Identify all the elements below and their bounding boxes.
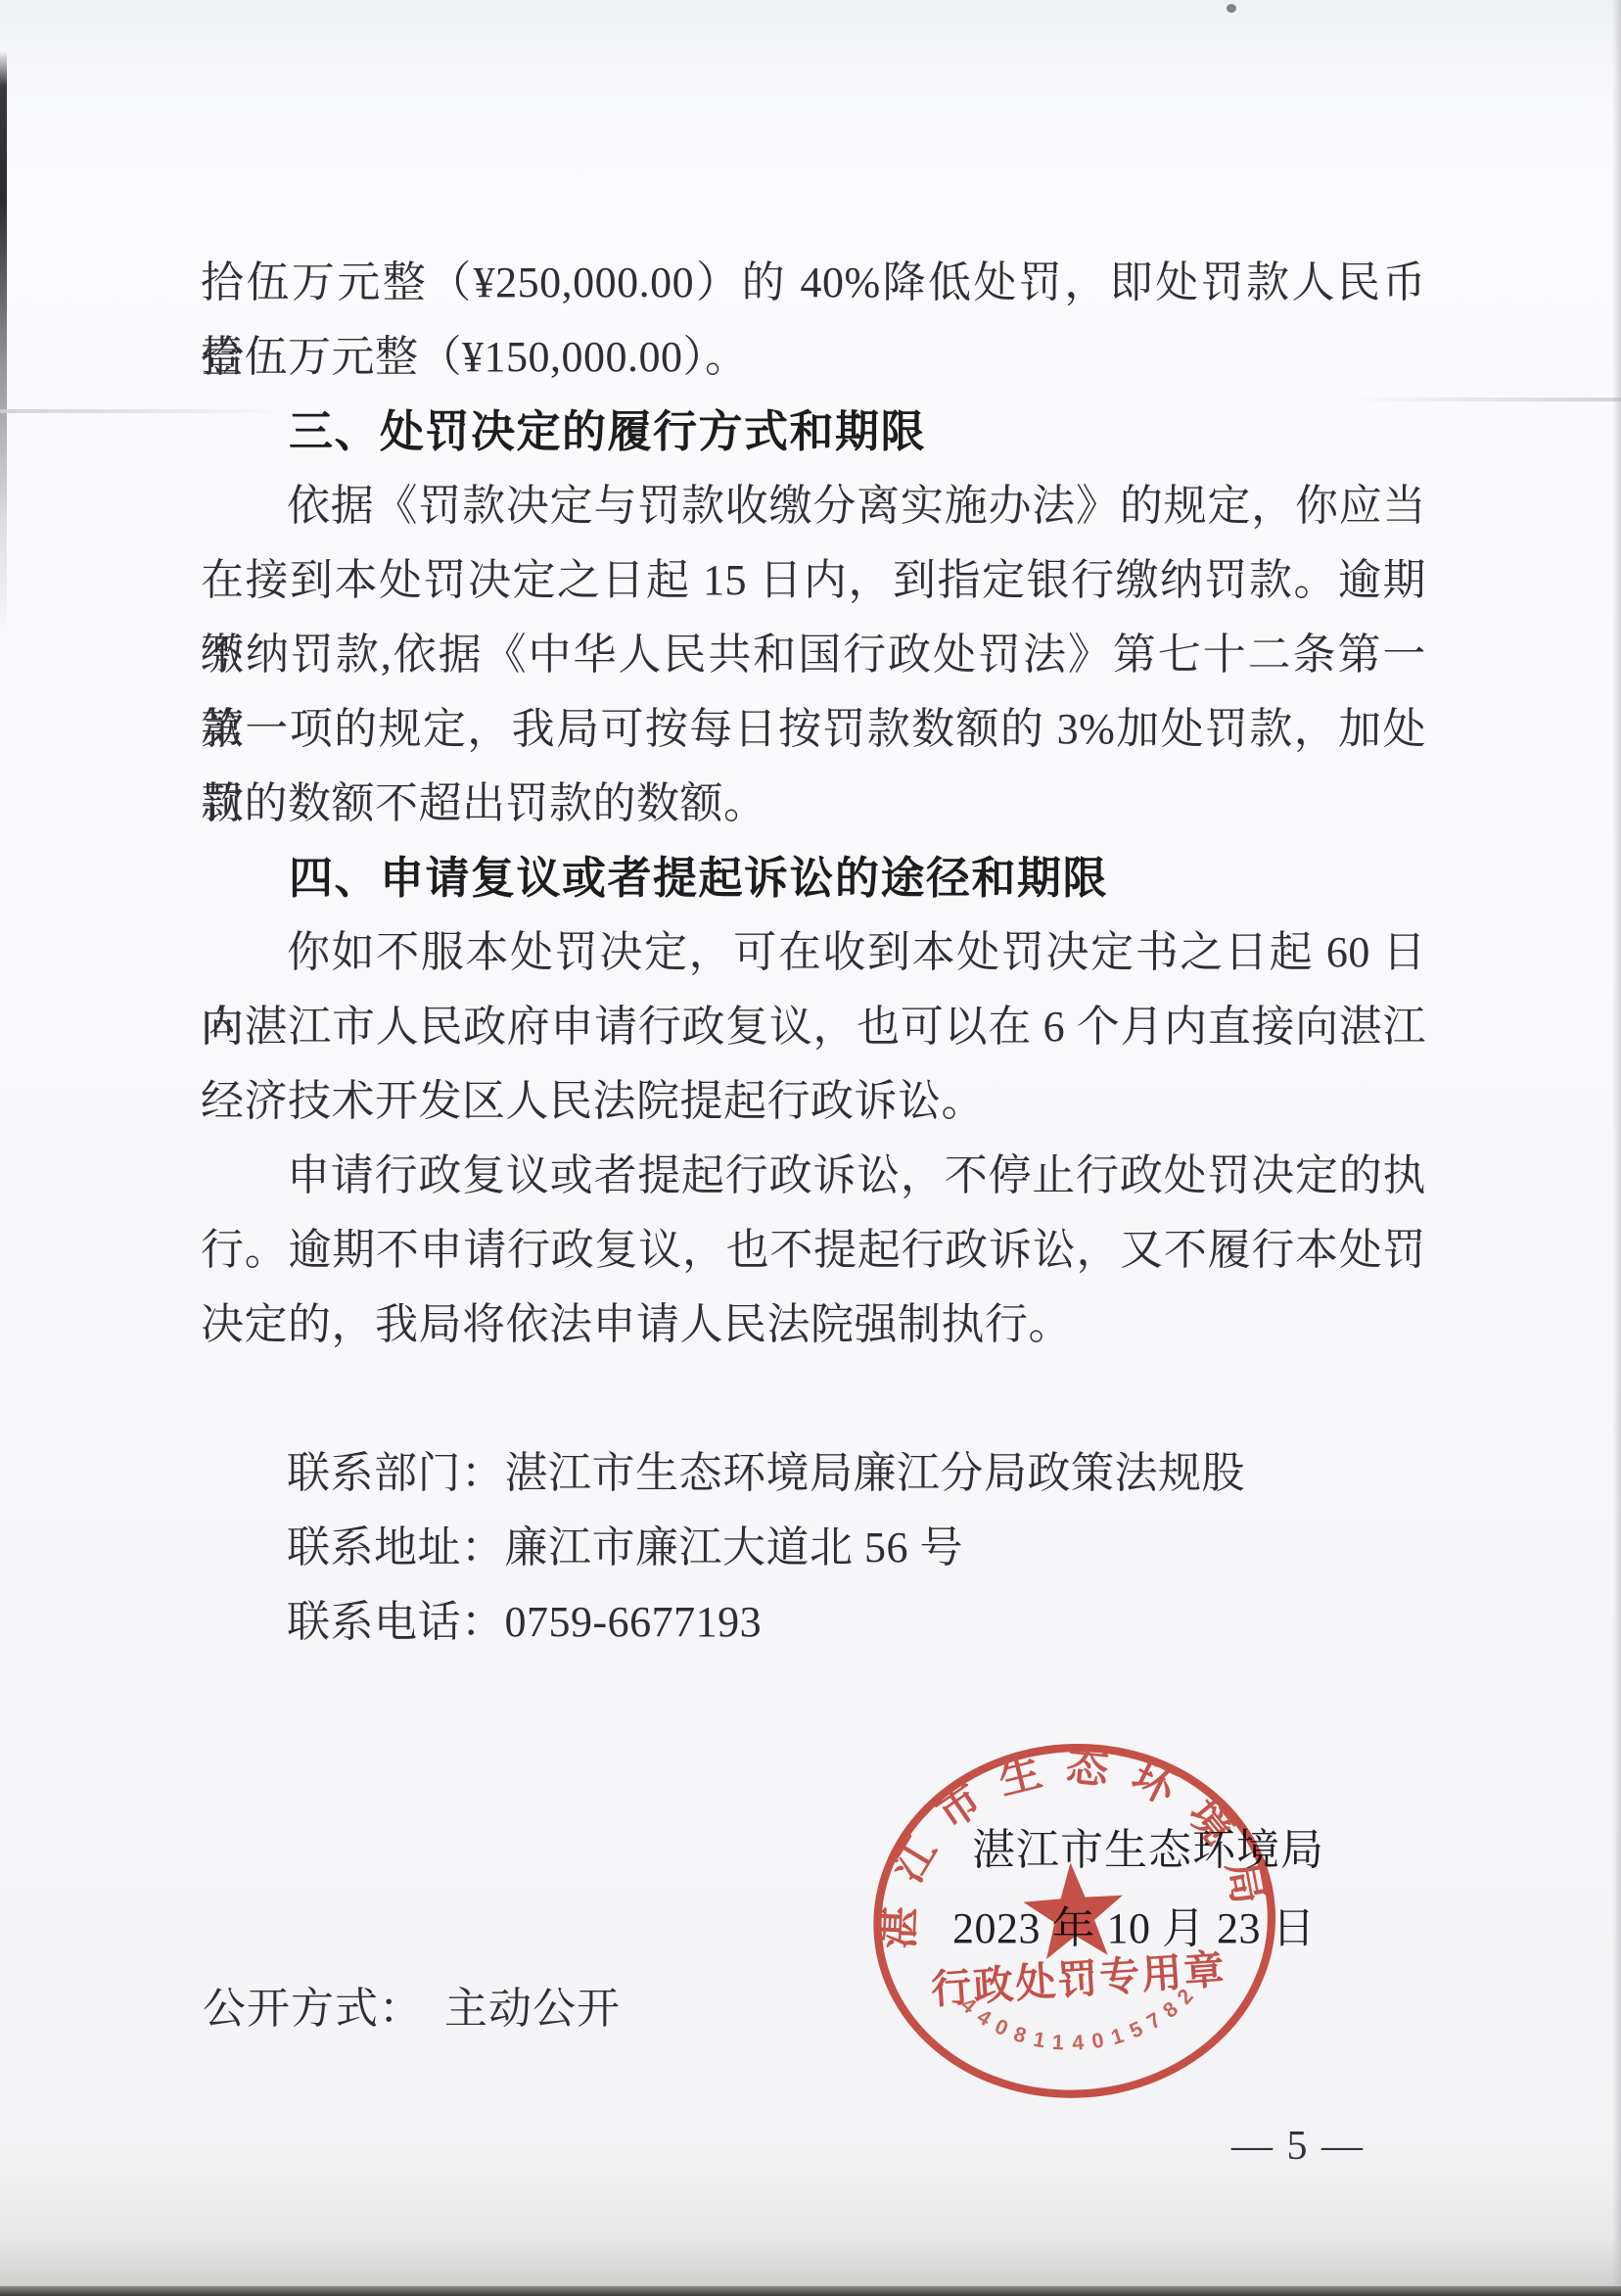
contact-label: 联系地址：	[287, 1523, 505, 1571]
paragraph-line: 拾伍万元整（¥150,000.00）。	[201, 320, 1426, 395]
page-number: — 5 —	[1231, 2119, 1365, 2174]
section3-heading: 三、处罚决定的履行方式和期限	[201, 395, 1426, 469]
contact-department-line: 联系部门：湛江市生态环境局廉江分局政策法规股	[201, 1436, 1426, 1511]
disclosure-method-line: 公开方式：主动公开	[203, 1980, 621, 2038]
disclosure-label: 公开方式：	[203, 1985, 423, 2033]
contact-value: 0759-6677193	[505, 1598, 763, 1646]
document-body: 拾伍万元整（¥250,000.00）的 40%降低处罚，即处罚款人民币壹 拾伍万…	[201, 246, 1426, 1660]
scanned-document-page: 拾伍万元整（¥250,000.00）的 40%降低处罚，即处罚款人民币壹 拾伍万…	[0, 0, 1621, 2296]
scan-edge-shadow-right	[1612, 0, 1621, 2296]
scan-speck-top	[1227, 4, 1236, 13]
contact-value: 廉江市廉江大道北 56 号	[505, 1523, 964, 1571]
contact-label: 联系电话：	[287, 1598, 505, 1646]
paragraph-line: 在接到本处罚决定之日起 15 日内，到指定银行缴纳罚款。逾期不	[201, 543, 1426, 618]
paragraph-line: 依据《罚款决定与罚款收缴分离实施办法》的规定，你应当	[201, 469, 1426, 543]
paragraph-line: 申请行政复议或者提起行政诉讼，不停止行政处罚决定的执	[201, 1139, 1426, 1213]
scan-edge-shadow-left	[0, 51, 7, 638]
scan-edge-shadow-bottom	[0, 2286, 1621, 2296]
scan-edge-fade-bottom	[0, 2237, 1621, 2286]
contact-address-line: 联系地址：廉江市廉江大道北 56 号	[201, 1511, 1426, 1585]
paragraph-line: 向湛江市人民政府申请行政复议，也可以在 6 个月内直接向湛江	[201, 990, 1426, 1064]
paragraph-line: 行。逾期不申请行政复议，也不提起行政诉讼，又不履行本处罚	[201, 1213, 1426, 1288]
contact-label: 联系部门：	[287, 1449, 505, 1497]
paragraph-line: 第一项的规定，我局可按每日按罚款数额的 3%加处罚款，加处罚	[201, 692, 1426, 767]
section4-heading: 四、申请复议或者提起诉讼的途径和期限	[201, 841, 1426, 915]
paragraph-line: 经济技术开发区人民法院提起行政诉讼。	[201, 1064, 1426, 1139]
seal-star-icon	[1021, 1859, 1127, 1961]
paragraph-line: 拾伍万元整（¥250,000.00）的 40%降低处罚，即处罚款人民币壹	[201, 246, 1426, 320]
disclosure-value: 主动公开	[444, 1985, 621, 2033]
contact-value: 湛江市生态环境局廉江分局政策法规股	[505, 1449, 1246, 1497]
paragraph-line: 款的数额不超出罚款的数额。	[201, 767, 1426, 841]
blank-line	[201, 1362, 1426, 1436]
paragraph-line: 缴纳罚款,依据《中华人民共和国行政处罚法》第七十二条第一款	[201, 618, 1426, 692]
paragraph-line: 决定的，我局将依法申请人民法院强制执行。	[201, 1288, 1426, 1362]
contact-phone-line: 联系电话：0759-6677193	[201, 1585, 1426, 1660]
official-seal: 湛江市生态环境局 行政处罚专用章 4408114015782	[840, 1709, 1310, 2142]
official-seal-graphic: 湛江市生态环境局 行政处罚专用章 4408114015782	[840, 1709, 1310, 2142]
paragraph-line: 你如不服本处罚决定，可在收到本处罚决定书之日起 60 日内	[201, 915, 1426, 990]
